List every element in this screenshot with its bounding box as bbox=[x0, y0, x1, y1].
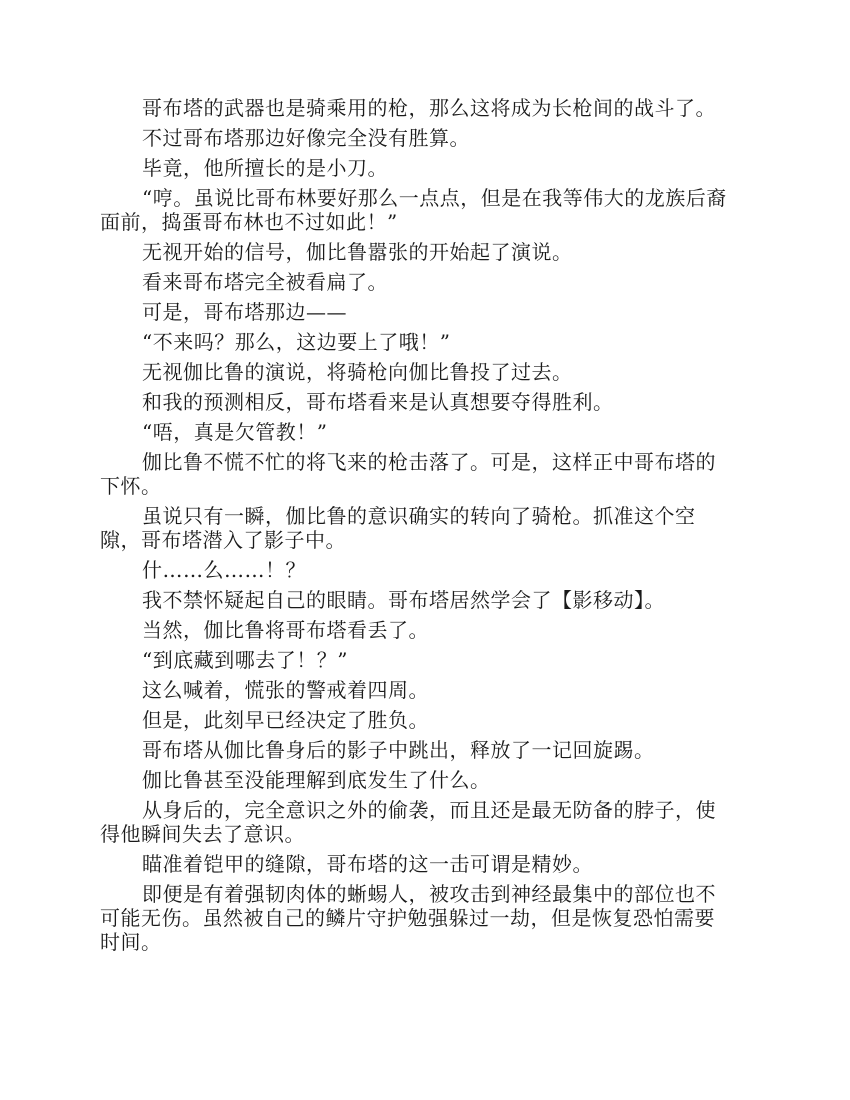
paragraph: 什……么……！？ bbox=[100, 558, 732, 582]
paragraph: 可是，哥布塔那边—— bbox=[100, 300, 732, 324]
paragraph: 伽比鲁不慌不忙的将飞来的枪击落了。可是，这样正中哥布塔的下怀。 bbox=[100, 450, 732, 498]
paragraph: 毕竟，他所擅长的是小刀。 bbox=[100, 156, 732, 180]
paragraph: “哼。虽说比哥布林要好那么一点点，但是在我等伟大的龙族后裔面前，捣蛋哥布林也不过… bbox=[100, 186, 732, 234]
paragraph: 瞄准着铠甲的缝隙，哥布塔的这一击可谓是精妙。 bbox=[100, 852, 732, 876]
paragraph: 即便是有着强韧肉体的蜥蜴人，被攻击到神经最集中的部位也不可能无伤。虽然被自己的鳞… bbox=[100, 882, 732, 954]
paragraph: 这么喊着，慌张的警戒着四周。 bbox=[100, 678, 732, 702]
paragraph: 从身后的，完全意识之外的偷袭，而且还是最无防备的脖子，使得他瞬间失去了意识。 bbox=[100, 798, 732, 846]
paragraph: 我不禁怀疑起自己的眼睛。哥布塔居然学会了【影移动】。 bbox=[100, 588, 732, 612]
paragraph: 伽比鲁甚至没能理解到底发生了什么。 bbox=[100, 768, 732, 792]
paragraph: 当然，伽比鲁将哥布塔看丢了。 bbox=[100, 618, 732, 642]
paragraph: 虽说只有一瞬，伽比鲁的意识确实的转向了骑枪。抓准这个空隙，哥布塔潜入了影子中。 bbox=[100, 504, 732, 552]
paragraph: “不来吗？那么，这边要上了哦！” bbox=[100, 330, 732, 354]
paragraph: 看来哥布塔完全被看扁了。 bbox=[100, 270, 732, 294]
paragraph: 无视开始的信号，伽比鲁嚣张的开始起了演说。 bbox=[100, 240, 732, 264]
paragraph: “到底藏到哪去了！？” bbox=[100, 648, 732, 672]
paragraph: 但是，此刻早已经决定了胜负。 bbox=[100, 708, 732, 732]
paragraph: 哥布塔从伽比鲁身后的影子中跳出，释放了一记回旋踢。 bbox=[100, 738, 732, 762]
paragraph: 不过哥布塔那边好像完全没有胜算。 bbox=[100, 126, 732, 150]
paragraph: 无视伽比鲁的演说，将骑枪向伽比鲁投了过去。 bbox=[100, 360, 732, 384]
paragraph: 哥布塔的武器也是骑乘用的枪，那么这将成为长枪间的战斗了。 bbox=[100, 96, 732, 120]
paragraph: 和我的预测相反，哥布塔看来是认真想要夺得胜利。 bbox=[100, 390, 732, 414]
paragraph: “唔，真是欠管教！” bbox=[100, 420, 732, 444]
document-page: 哥布塔的武器也是骑乘用的枪，那么这将成为长枪间的战斗了。 不过哥布塔那边好像完全… bbox=[100, 96, 732, 960]
